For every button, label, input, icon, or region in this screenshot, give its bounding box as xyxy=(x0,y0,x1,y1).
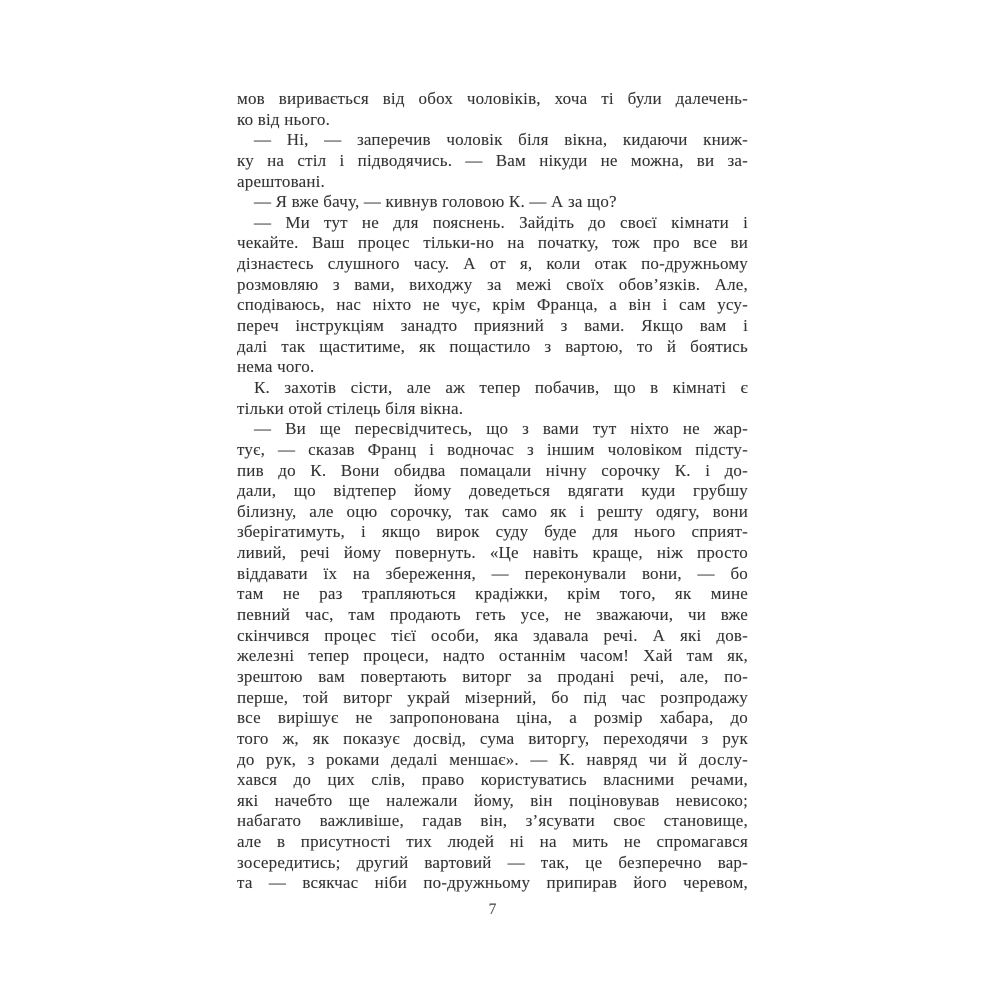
text-line: там не раз трапляються крадіжки, крім то… xyxy=(237,584,748,605)
text-line: зрештою вам повертають виторг за продані… xyxy=(237,667,748,688)
text-line: перше, той виторг украй мізерний, бо під… xyxy=(237,688,748,709)
text-line: мов виривається від обох чоловіків, хоча… xyxy=(237,89,748,110)
text-line: арештовані. xyxy=(237,172,748,193)
paragraph: — Ви ще пересвідчитесь, що з вами тут ні… xyxy=(237,419,748,894)
text-line: далі так щаститиме, як пощастило з варто… xyxy=(237,337,748,358)
text-line: та — всякчас ніби по-дружньому припирав … xyxy=(237,873,748,894)
text-line: до рук, з роками дедалі меншає». — К. на… xyxy=(237,750,748,771)
text-line: певний час, там продають геть усе, не зв… xyxy=(237,605,748,626)
text-line: дізнаєтесь слушного часу. А от я, коли о… xyxy=(237,254,748,275)
text-line: хався до цих слів, право користуватись в… xyxy=(237,770,748,791)
text-line: віддавати їх на збереження, — переконува… xyxy=(237,564,748,585)
text-line: — Ми тут не для пояснень. Зайдіть до сво… xyxy=(237,213,748,234)
text-line: того ж, як показує досвід, сума виторгу,… xyxy=(237,729,748,750)
text-line: дали, що відтепер йому доведеться вдягат… xyxy=(237,481,748,502)
page-text: мов виривається від обох чоловіків, хоча… xyxy=(237,89,748,894)
text-line: ливий, речі йому повернуть. «Це навіть к… xyxy=(237,543,748,564)
paragraph: — Ми тут не для пояснень. Зайдіть до сво… xyxy=(237,213,748,378)
text-line: сподіваюсь, нас ніхто не чує, крім Франц… xyxy=(237,295,748,316)
text-line: але в присутності тих людей ні на мить н… xyxy=(237,832,748,853)
text-line: — Я вже бачу, — кивнув головою К. — А за… xyxy=(237,192,748,213)
book-page: мов виривається від обох чоловіків, хоча… xyxy=(0,0,1000,1000)
paragraph: — Ні, — заперечив чоловік біля вікна, ки… xyxy=(237,130,748,192)
text-line: пив до К. Вони обидва помацали нічну сор… xyxy=(237,461,748,482)
paragraph: — Я вже бачу, — кивнув головою К. — А за… xyxy=(237,192,748,213)
paragraph: К. захотів сісти, але аж тепер побачив, … xyxy=(237,378,748,419)
text-line: набагато важливіше, гадав він, з’ясувати… xyxy=(237,811,748,832)
text-line: все вирішує не запропонована ціна, а роз… xyxy=(237,708,748,729)
text-line: тільки отой стілець біля вікна. xyxy=(237,399,748,420)
text-line: ко від нього. xyxy=(237,110,748,131)
text-line: скінчився процес тієї особи, яка здавала… xyxy=(237,626,748,647)
text-line: железні тепер процеси, надто останнім ча… xyxy=(237,646,748,667)
text-line: чекайте. Ваш процес тільки-но на початку… xyxy=(237,233,748,254)
text-line: зосередитись; другий вартовий — так, це … xyxy=(237,853,748,874)
page-number: 7 xyxy=(237,901,748,919)
text-line: К. захотів сісти, але аж тепер побачив, … xyxy=(237,378,748,399)
text-line: нема чого. xyxy=(237,357,748,378)
text-line: білизну, але оцю сорочку, так само як і … xyxy=(237,502,748,523)
text-line: зберігатимуть, і якщо вирок суду буде дл… xyxy=(237,522,748,543)
text-line: розмовляю з вами, виходжу за межі своїх … xyxy=(237,275,748,296)
text-line: переч інструкціям занадто приязний з вам… xyxy=(237,316,748,337)
text-line: — Ви ще пересвідчитесь, що з вами тут ні… xyxy=(237,419,748,440)
paragraph: мов виривається від обох чоловіків, хоча… xyxy=(237,89,748,130)
text-line: ку на стіл і підводячись. — Вам нікуди н… xyxy=(237,151,748,172)
text-line: які начебто ще належали йому, він поціно… xyxy=(237,791,748,812)
text-line: — Ні, — заперечив чоловік біля вікна, ки… xyxy=(237,130,748,151)
text-line: тує, — сказав Франц і водночас з іншим ч… xyxy=(237,440,748,461)
